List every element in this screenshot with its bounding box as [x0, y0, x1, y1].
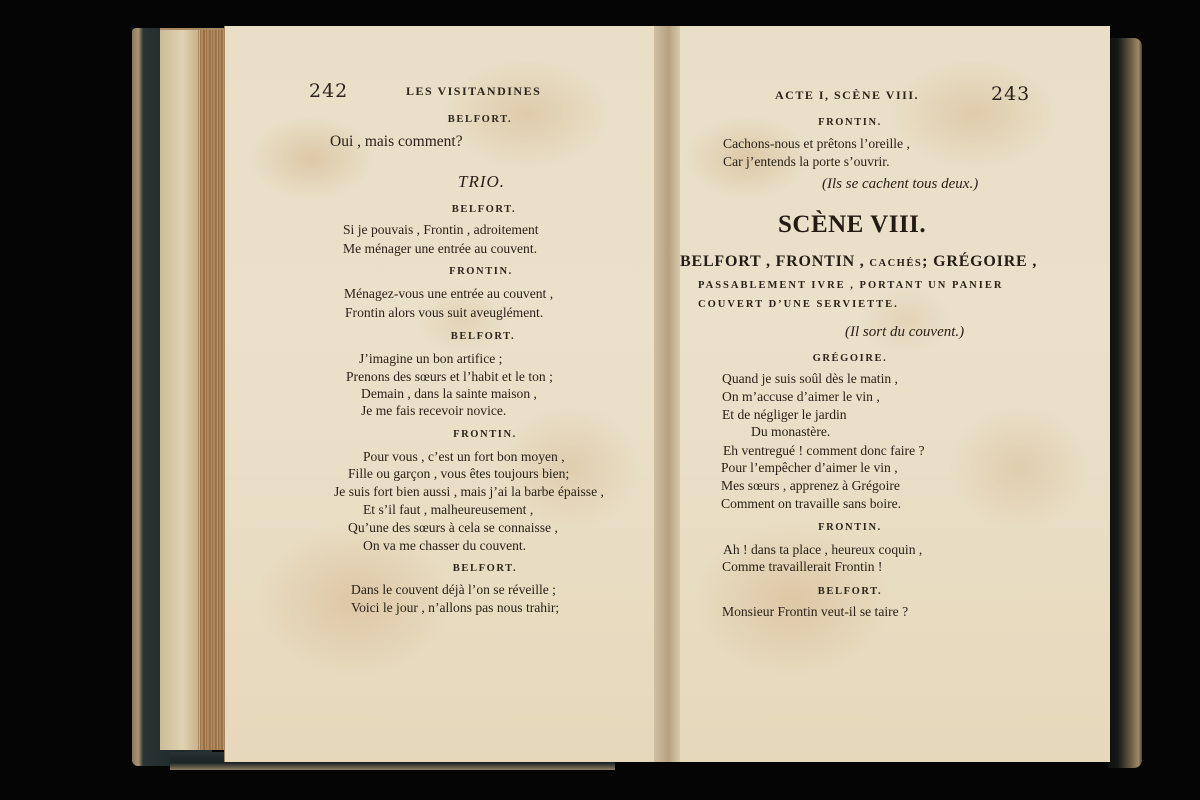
verse-line: Et s’il faut , malheureusement , [363, 502, 533, 518]
speaker-label: FRONTIN. [770, 117, 930, 128]
hidden-note: CACHÉS [869, 258, 922, 269]
page-number-left: 242 [309, 80, 348, 102]
verse-line: Je me fais recevoir novice. [361, 403, 506, 419]
page-edge-stack [160, 28, 230, 750]
verse-line: Prenons des sœurs et l’habit et le ton ; [346, 369, 553, 385]
speaker-label: BELFORT. [403, 331, 563, 342]
book-photograph: 242 LES VISITANDINES BELFORT. Oui , mais… [0, 0, 1200, 800]
verse-line: J’imagine un bon artifice ; [359, 351, 502, 367]
speaker-label: BELFORT. [405, 563, 565, 574]
back-cover-right [1108, 38, 1142, 768]
verse-line: Du monastère. [751, 424, 830, 440]
speaker-label: FRONTIN. [405, 429, 565, 440]
running-head-left: LES VISITANDINES [406, 84, 541, 99]
character-gregoire: ; GRÉGOIRE , [922, 253, 1037, 270]
dramatis-personae-line1: BELFORT , FRONTIN , CACHÉS; GRÉGOIRE , [680, 253, 1037, 271]
stage-direction: (Il sort du couvent.) [845, 324, 964, 341]
verse-line: Et de négliger le jardin [722, 407, 847, 423]
verse-line: Frontin alors vous suit aveuglément. [345, 305, 543, 321]
running-head-right: ACTE I, SCÈNE VIII. [775, 88, 919, 103]
verse-line: Demain , dans la sainte maison , [361, 386, 537, 402]
verse-line: Eh ventregué ! comment donc faire ? [723, 443, 925, 459]
speaker-label: FRONTIN. [770, 522, 930, 533]
verse-line: On va me chasser du couvent. [363, 538, 526, 554]
stage-direction: (Ils se cachent tous deux.) [822, 176, 978, 193]
page-edges-light [160, 30, 198, 750]
verse-line: Comment on travaille sans boire. [721, 496, 901, 512]
verse-line: Ah ! dans ta place , heureux coquin , [723, 542, 922, 558]
speaker-label: BELFORT. [400, 114, 560, 125]
speaker-label: FRONTIN. [401, 266, 561, 277]
verse-line: Mes sœurs , apprenez à Grégoire [721, 478, 900, 494]
verse-line: Car j’entends la porte s’ouvrir. [723, 154, 889, 170]
verse-line: On m’accuse d’aimer le vin , [722, 389, 880, 405]
verse-line: Qu’une des sœurs à cela se connaisse , [348, 520, 558, 536]
speaker-label: BELFORT. [770, 586, 930, 597]
verse-line: Cachons-nous et prêtons l’oreille , [723, 136, 910, 152]
speaker-label: GRÉGOIRE. [770, 353, 930, 364]
page-edges-dark [200, 30, 226, 750]
verse-line: Comme travaillerait Frontin ! [722, 559, 882, 575]
speaker-label: BELFORT. [404, 204, 564, 215]
verse-line: Ménagez-vous une entrée au couvent , [344, 286, 553, 302]
verse-line: Monsieur Frontin veut-il se taire ? [722, 604, 908, 620]
verse-line: Dans le couvent déjà l’on se réveille ; [351, 582, 556, 598]
dramatis-personae-line3: COUVERT D’UNE SERVIETTE. [698, 299, 899, 310]
characters-hidden: BELFORT , FRONTIN , [680, 253, 865, 270]
verse-line: Oui , mais comment? [330, 133, 463, 151]
book-gutter [654, 26, 680, 762]
verse-line: Pour vous , c’est un fort bon moyen , [363, 449, 565, 465]
verse-line: Quand je suis soûl dès le matin , [722, 371, 898, 387]
scene-title: SCÈNE VIII. [778, 211, 926, 239]
verse-line: Je suis fort bien aussi , mais j’ai la b… [334, 484, 604, 500]
section-heading-trio: TRIO. [458, 172, 505, 192]
dramatis-personae-line2: PASSABLEMENT IVRE , PORTANT UN PANIER [698, 280, 1003, 291]
verse-line: Si je pouvais , Frontin , adroitement [343, 222, 539, 238]
verse-line: Pour l’empêcher d’aimer le vin , [721, 460, 898, 476]
page-number-right: 243 [991, 83, 1030, 105]
verse-line: Me ménager une entrée au couvent. [343, 241, 537, 257]
verse-line: Voici le jour , n’allons pas nous trahir… [351, 600, 559, 616]
verse-line: Fille ou garçon , vous êtes toujours bie… [348, 466, 569, 482]
